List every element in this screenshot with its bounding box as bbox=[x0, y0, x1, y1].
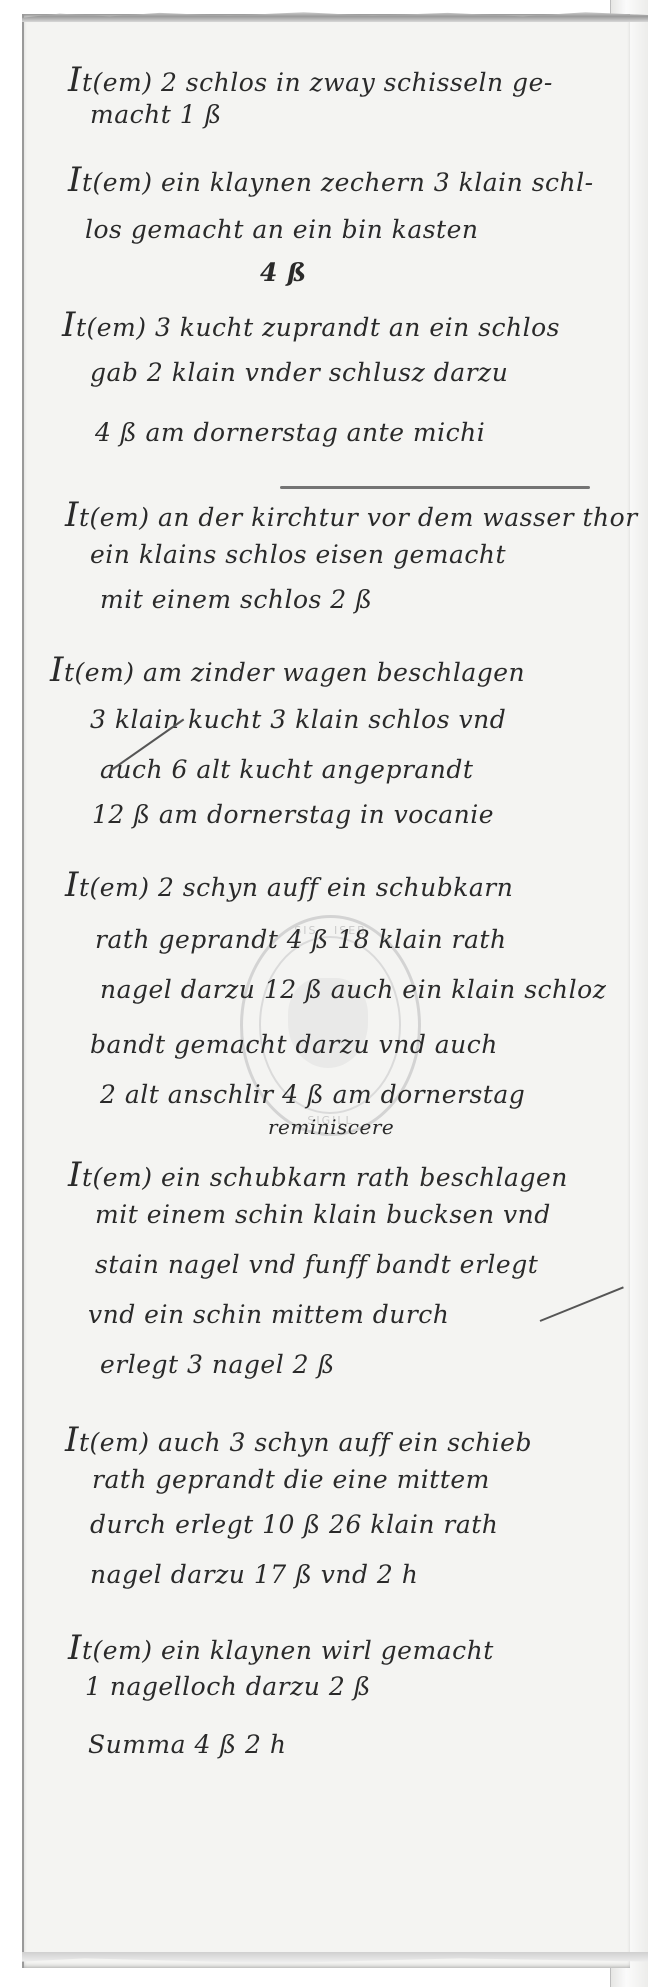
entry-3-line-1: It(em) 3 kucht zuprandt an ein schlos bbox=[62, 305, 560, 345]
entry-2-line-3: 4 ß bbox=[260, 258, 307, 287]
entry-8-line-3: durch erlegt 10 ß 26 klain rath bbox=[90, 1510, 498, 1539]
entry-4-line-1: It(em) an der kirchtur vor dem wasser th… bbox=[65, 495, 638, 535]
entry-9-line-2: 1 nagelloch darzu 2 ß bbox=[85, 1672, 371, 1701]
entry-5-line-2: 3 klain kucht 3 klain schlos vnd bbox=[90, 705, 506, 734]
entry-4-line-3: mit einem schlos 2 ß bbox=[100, 585, 372, 614]
entry-2-line-2: los gemacht an ein bin kasten bbox=[85, 215, 479, 244]
entry-7-line-1: It(em) ein schubkarn rath beschlagen bbox=[68, 1155, 568, 1195]
entry-5-line-3: auch 6 alt kucht angeprandt bbox=[100, 755, 473, 784]
entry-7-line-3: stain nagel vnd funff bandt erlegt bbox=[95, 1250, 538, 1279]
entry-6-line-4: bandt gemacht darzu vnd auch bbox=[90, 1030, 498, 1059]
entry-7-line-4: vnd ein schin mittem durch bbox=[88, 1300, 449, 1329]
entry-7-line-5: erlegt 3 nagel 2 ß bbox=[100, 1350, 335, 1379]
entry-9-line-1: It(em) ein klaynen wirl gemacht bbox=[68, 1628, 494, 1668]
entry-8-line-2: rath geprandt die eine mittem bbox=[92, 1465, 490, 1494]
entry-3-line-2: gab 2 klain vnder schlusz darzu bbox=[90, 358, 508, 387]
entry-6-line-5: 2 alt anschlir 4 ß am dornerstag bbox=[100, 1080, 525, 1109]
entry-6-line-3: nagel darzu 12 ß auch ein klain schloz bbox=[100, 975, 606, 1004]
summa-line: Summa 4 ß 2 h bbox=[88, 1730, 286, 1759]
entry-4-line-2: ein klains schlos eisen gemacht bbox=[90, 540, 506, 569]
entry-1-line-1: It(em) 2 schlos in zway schisseln ge- bbox=[68, 60, 553, 100]
entry-7-line-2: mit einem schin klain bucksen vnd bbox=[95, 1200, 551, 1229]
entry-6-line-1: It(em) 2 schyn auff ein schubkarn bbox=[65, 865, 513, 905]
entry-5-line-4: 12 ß am dornerstag in vocanie bbox=[92, 800, 494, 829]
entry-5-line-1: It(em) am zinder wagen beschlagen bbox=[50, 650, 525, 690]
entry-6-line-2: rath geprandt 4 ß 18 klain rath bbox=[95, 925, 507, 954]
entry-8-line-4: nagel darzu 17 ß vnd 2 h bbox=[90, 1560, 418, 1589]
underline-rule bbox=[280, 486, 590, 489]
entry-6-line-6: reminiscere bbox=[268, 1115, 394, 1139]
entry-3-line-3: 4 ß am dornerstag ante michi bbox=[95, 418, 485, 447]
entry-1-line-2: macht 1 ß bbox=[90, 100, 222, 129]
entry-8-line-1: It(em) auch 3 schyn auff ein schieb bbox=[65, 1420, 532, 1460]
entry-2-line-1: It(em) ein klaynen zechern 3 klain schl- bbox=[68, 160, 594, 200]
